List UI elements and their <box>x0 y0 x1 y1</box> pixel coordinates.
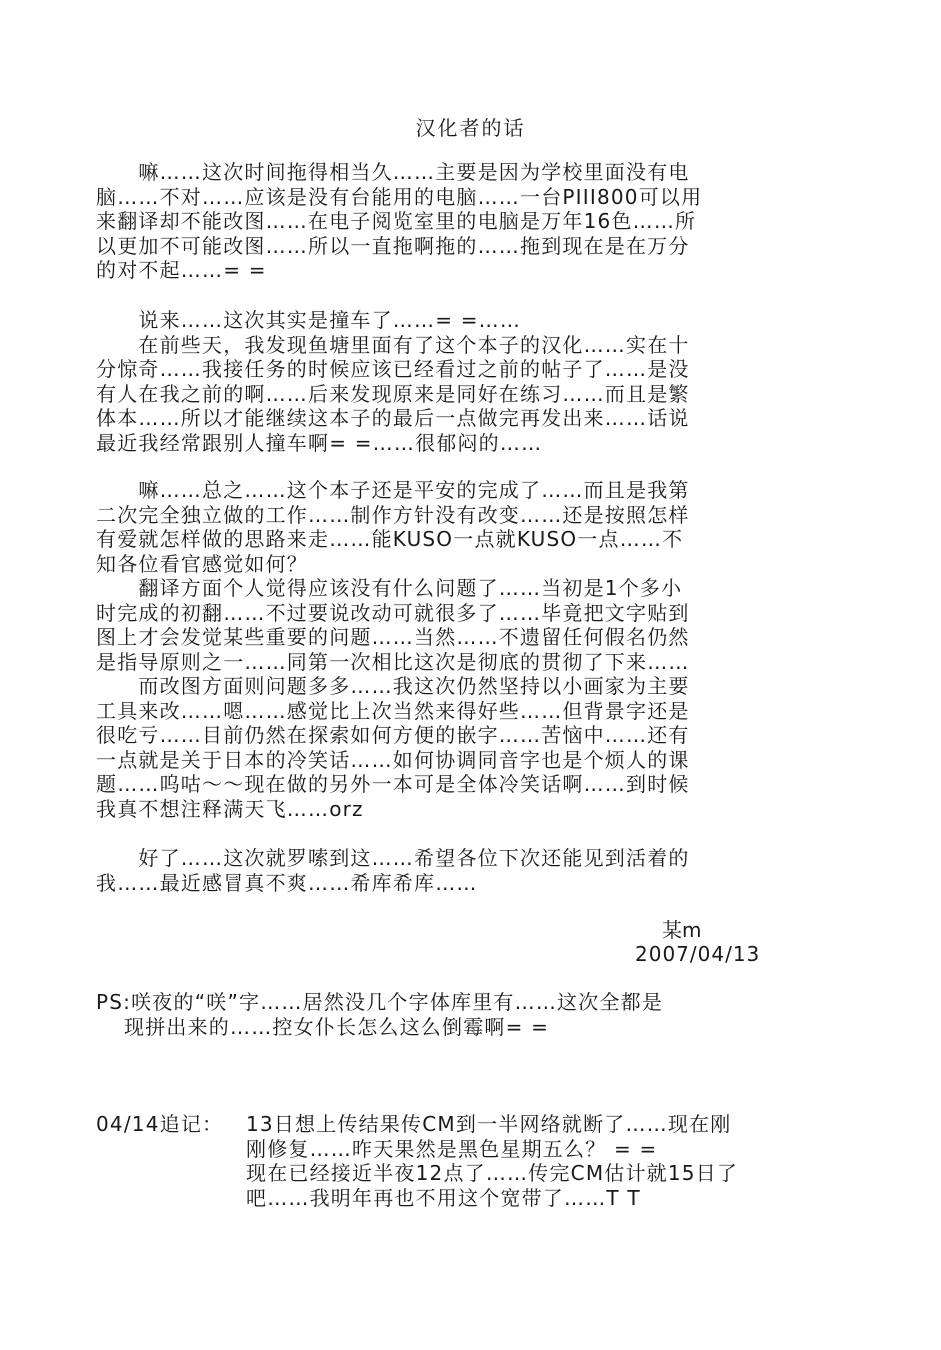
translator-notes-page: 汉化者的话 嘛……这次时间拖得相当久……主要是因为学校里面没有电 脑……不对……… <box>0 0 941 1350</box>
postscript-note: 04/14追记： 13日想上传结果传CM到一半网络就断了……现在刚 刚修复……昨… <box>96 1112 836 1210</box>
text-line: 有爱就怎样做的思路来走……能KUSO一点就KUSO一点……不 <box>96 527 828 552</box>
text-line: 工具来改……嗯……感觉比上次当然来得好些……但背景字还是 <box>96 699 828 724</box>
text-line: 我……最近感冒真不爽……希库希库…… <box>96 871 828 896</box>
text-line: 来翻译却不能改图……在电子阅览室里的电脑是万年16色……所 <box>96 209 828 234</box>
text-line: 最近我经常跟别人撞车啊= =……很郁闷的…… <box>96 431 828 456</box>
text-line: 分惊奇……我接任务的时候应该已经看过之前的帖子了……是没 <box>96 357 828 382</box>
text-line: 脑……不对……应该是没有台能用的电脑……一台PIII800可以用 <box>96 185 828 210</box>
text-line: 而改图方面则问题多多……我这次仍然坚持以小画家为主要 <box>96 674 828 699</box>
text-line: 翻译方面个人觉得应该没有什么问题了……当初是1个多小 <box>96 576 828 601</box>
text-line: 在前些天，我发现鱼塘里面有了这个本子的汉化……实在十 <box>96 333 828 358</box>
text-line: 时完成的初翻……不过要说改动可就很多了……毕竟把文字贴到 <box>96 601 828 626</box>
text-line: 很吃亏……目前仍然在探索如何方便的嵌字……苦恼中……还有 <box>96 723 828 748</box>
text-line: 的对不起……= = <box>96 258 828 283</box>
text-line: 说来……这次其实是撞车了……= =…… <box>96 308 828 333</box>
text-line: 二次完全独立做的工作……制作方针没有改变……还是按照怎样 <box>96 503 828 528</box>
signature-date: 2007/04/13 <box>600 942 830 966</box>
text-line: 一点就是关于日本的冷笑话……如何协调同音字也是个烦人的课 <box>96 748 828 773</box>
paragraph-apology: 嘛……这次时间拖得相当久……主要是因为学校里面没有电 脑……不对……应该是没有台… <box>96 160 828 283</box>
postscript-body: 13日想上传结果传CM到一半网络就断了……现在刚 刚修复……昨天果然是黑色星期五… <box>246 1112 836 1210</box>
text-line: 是指导原则之一……同第一次相比这次是彻底的贯彻了下来…… <box>96 650 828 675</box>
text-line: 现拼出来的……控女仆长怎么这么倒霉啊= = <box>96 1015 828 1040</box>
paragraph-closing: 好了……这次就罗嗦到这……希望各位下次还能见到活着的 我……最近感冒真不爽……希… <box>96 846 828 895</box>
text-line: PS:咲夜的“咲”字……居然没几个字体库里有……这次全都是 <box>96 990 828 1015</box>
postscript-label: 04/14追记： <box>96 1112 246 1210</box>
text-line: 吧……我明年再也不用这个宽带了……T T <box>246 1186 836 1211</box>
paragraph-collision: 说来……这次其实是撞车了……= =…… 在前些天，我发现鱼塘里面有了这个本子的汉… <box>96 308 828 455</box>
signature-name: 某m <box>600 918 830 942</box>
text-line: 嘛……这次时间拖得相当久……主要是因为学校里面没有电 <box>96 160 828 185</box>
text-line: 体本……所以才能继续这本子的最后一点做完再发出来……话说 <box>96 406 828 431</box>
text-line: 图上才会发觉某些重要的问题……当然……不遗留任何假名仍然 <box>96 625 828 650</box>
ps-note: PS:咲夜的“咲”字……居然没几个字体库里有……这次全都是 现拼出来的……控女仆… <box>96 990 828 1039</box>
text-line: 13日想上传结果传CM到一半网络就断了……现在刚 <box>246 1112 836 1137</box>
signature: 某m 2007/04/13 <box>600 918 830 966</box>
text-line: 有人在我之前的啊……后来发现原来是同好在练习……而且是繁 <box>96 382 828 407</box>
text-line: 刚修复……昨天果然是黑色星期五么？ = = <box>246 1137 836 1162</box>
text-line: 题……呜咕～～现在做的另外一本可是全体冷笑话啊……到时候 <box>96 772 828 797</box>
paragraph-work-notes: 嘛……总之……这个本子还是平安的完成了……而且是我第 二次完全独立做的工作……制… <box>96 478 828 821</box>
text-line: 嘛……总之……这个本子还是平安的完成了……而且是我第 <box>96 478 828 503</box>
text-line: 好了……这次就罗嗦到这……希望各位下次还能见到活着的 <box>96 846 828 871</box>
text-line: 我真不想注释满天飞……orz <box>96 797 828 822</box>
text-line: 以更加不可能改图……所以一直拖啊拖的……拖到现在是在万分 <box>96 234 828 259</box>
page-title: 汉化者的话 <box>0 112 941 141</box>
text-line: 知各位看官感觉如何？ <box>96 552 828 577</box>
text-line: 现在已经接近半夜12点了……传完CM估计就15日了 <box>246 1161 836 1186</box>
